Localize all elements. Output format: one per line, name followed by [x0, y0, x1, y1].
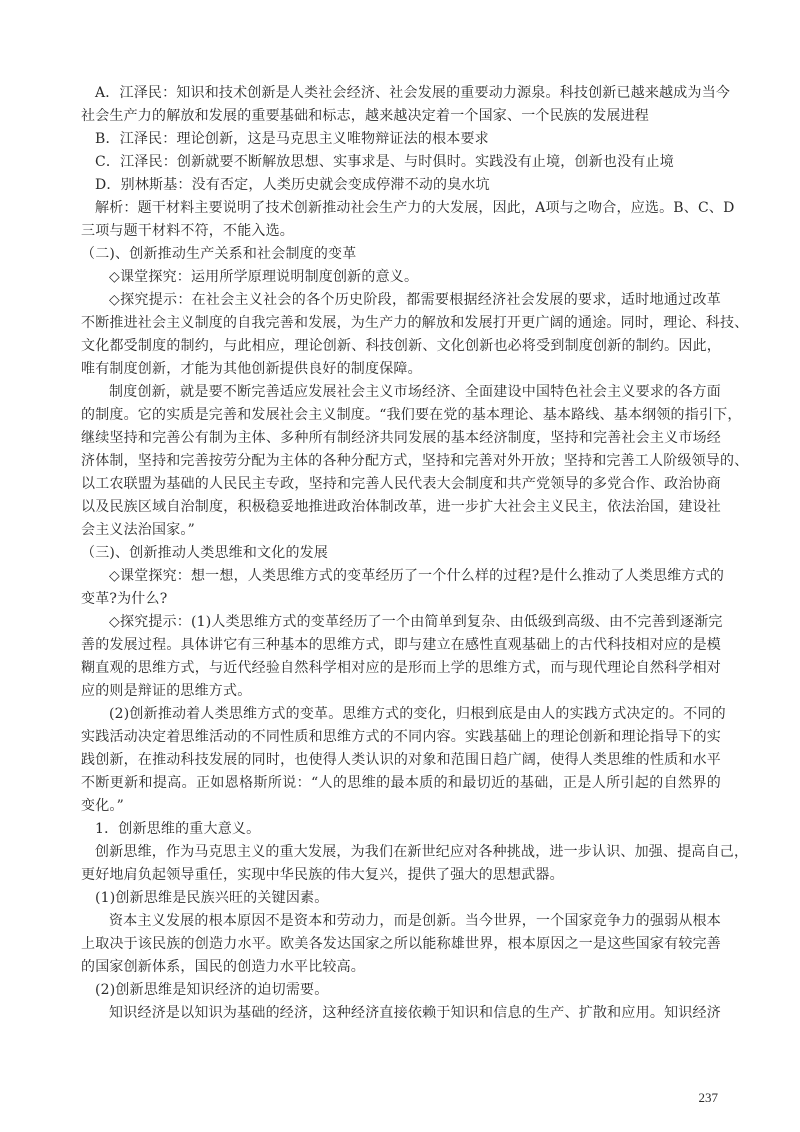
text-line: 解析：题干材料主要说明了技术创新推动社会生产力的大发展，因此，A项与之吻合，应选… [95, 197, 721, 220]
text-line: ◇探究提示：在社会主义社会的各个历史阶段，都需要根据经济社会发展的要求，适时地通… [109, 289, 721, 312]
text-line: 更好地肩负起领导重任，实现中华民族的伟大复兴，提供了强大的思想武器。 [81, 864, 721, 887]
page-number: 237 [699, 1090, 719, 1106]
text-line: (1)创新思维是民族兴旺的关键因素。 [95, 887, 721, 910]
text-line: 制度创新，就是要不断完善适应发展社会主义市场经济、全面建设中国特色社会主义要求的… [109, 381, 721, 404]
text-line: 1．创新思维的重大意义。 [95, 818, 721, 841]
text-line: A．江泽民：知识和技术创新是人类社会经济、社会发展的重要动力源泉。科技创新已越来… [95, 82, 721, 105]
text-line: 知识经济是以知识为基础的经济，这种经济直接依赖于知识和信息的生产、扩散和应用。知… [109, 1002, 721, 1025]
text-line: 践创新，在推动科技发展的同时，也使得人类认识的对象和范围日趋广阔，使得人类思维的… [81, 749, 721, 772]
text-line: 变革?为什么? [81, 588, 721, 611]
text-line: 不断更新和提高。正如恩格斯所说：“人的思维的最本质的和最切近的基础，正是人所引起… [81, 772, 721, 795]
text-line: 糊直观的思维方式，与近代经验自然科学相对应的是形而上学的思维方式，而与现代理论自… [81, 657, 721, 680]
text-line: (2)创新推动着人类思维方式的变革。思维方式的变化，归根到底是由人的实践方式决定… [109, 703, 721, 726]
text-line: 社会生产力的解放和发展的重要基础和标志，越来越决定着一个国家、一个民族的发展进程 [81, 105, 721, 128]
text-line: 的制度。它的实质是完善和发展社会主义制度。“我们要在党的基本理论、基本路线、基本… [81, 404, 721, 427]
text-line: 不断推进社会主义制度的自我完善和发展，为生产力的解放和发展打开更广阔的通途。同时… [81, 312, 721, 335]
text-line: ◇课堂探究：想一想，人类思维方式的变革经历了一个什么样的过程?是什么推动了人类思… [109, 565, 721, 588]
text-line: 以工农联盟为基础的人民民主专政，坚持和完善人民代表大会制度和共产党领导的多党合作… [81, 473, 721, 496]
text-line: 实践活动决定着思维活动的不同性质和思维方式的不同内容。实践基础上的理论创新和理论… [81, 726, 721, 749]
text-line: 上取决于该民族的创造力水平。欧美各发达国家之所以能称雄世界，根本原因之一是这些国… [81, 933, 721, 956]
text-line: 变化。” [81, 795, 721, 818]
text-line: 会主义法治国家。” [81, 519, 721, 542]
text-line: 的国家创新体系，国民的创造力水平比较高。 [81, 956, 721, 979]
text-line: 应的则是辩证的思维方式。 [81, 680, 721, 703]
text-line: 创新思维，作为马克思主义的重大发展，为我们在新世纪应对各种挑战，进一步认识、加强… [95, 841, 721, 864]
text-line: 以及民族区域自治制度，积极稳妥地推进政治体制改革，进一步扩大社会主义民主，依法治… [81, 496, 721, 519]
text-line: 济体制，坚持和完善按劳分配为主体的各种分配方式，坚持和完善对外开放；坚持和完善工… [81, 450, 721, 473]
text-line: B．江泽民：理论创新，这是马克思主义唯物辩证法的根本要求 [95, 128, 721, 151]
text-line: 唯有制度创新，才能为其他创新提供良好的制度保障。 [81, 358, 721, 381]
text-line: 资本主义发展的根本原因不是资本和劳动力，而是创新。当今世界，一个国家竞争力的强弱… [109, 910, 721, 933]
text-line: 继续坚持和完善公有制为主体、多种所有制经济共同发展的基本经济制度，坚持和完善社会… [81, 427, 721, 450]
text-line: （三)、创新推动人类思维和文化的发展 [81, 542, 721, 565]
text-line: 善的发展过程。具体讲它有三种基本的思维方式，即与建立在感性直观基础上的古代科技相… [81, 634, 721, 657]
text-line: ◇课堂探究：运用所学原理说明制度创新的意义。 [109, 266, 721, 289]
text-line: （二)、创新推动生产关系和社会制度的变革 [81, 243, 721, 266]
text-line: D．别林斯基：没有否定，人类历史就会变成停滞不动的臭水坑 [95, 174, 721, 197]
text-line: (2)创新思维是知识经济的迫切需要。 [95, 979, 721, 1002]
text-line: 三项与题干材料不符，不能入选。 [81, 220, 721, 243]
text-line: C．江泽民：创新就要不断解放思想、实事求是、与时俱时。实践没有止境，创新也没有止… [95, 151, 721, 174]
document-page: A．江泽民：知识和技术创新是人类社会经济、社会发展的重要动力源泉。科技创新已越来… [0, 0, 800, 1132]
text-line: 文化都受制度的制约，与此相应，理论创新、科技创新、文化创新也必将受到制度创新的制… [81, 335, 721, 358]
text-line: ◇探究提示：(1)人类思维方式的变革经历了一个由简单到复杂、由低级到高级、由不完… [109, 611, 721, 634]
